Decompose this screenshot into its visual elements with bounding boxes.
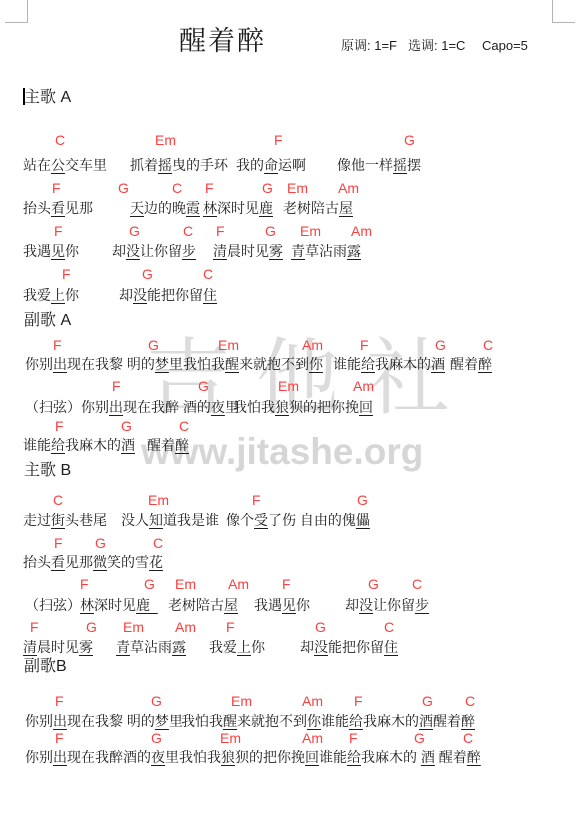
chord-c: C <box>179 419 189 433</box>
lyric-row: 你别出现在我醉酒的夜里我怕我狼狈的把你挽回谁能给我麻木的 酒 醒着醉 <box>0 749 579 766</box>
chord-f: F <box>30 620 39 634</box>
lyric-phrase: 站在公交车里 <box>23 157 107 173</box>
chord-f: F <box>112 379 121 393</box>
lyric-underlined: 醉 <box>461 713 475 729</box>
lyric-phrase: 你别出现在我黎 明的梦里 <box>25 356 183 372</box>
lyric-text: 见那 <box>65 554 93 570</box>
lyric-underlined: 步 <box>415 597 429 613</box>
lyric-text: 你 <box>65 287 79 303</box>
chord-g: G <box>142 267 153 281</box>
chord-g: G <box>368 577 379 591</box>
lyric-underlined: 清 <box>23 639 37 655</box>
lyric-underlined: 酒 <box>419 713 433 729</box>
lyric-underlined <box>150 597 158 613</box>
lyric-underlined: 见 <box>51 243 65 259</box>
lyric-underlined: 醉 <box>175 437 189 453</box>
lyric-text: 狈的把你挽 <box>235 749 305 765</box>
chord-row: FGC <box>0 536 579 551</box>
chord-row: CEmFG <box>0 493 579 508</box>
chord-em: Em <box>155 133 176 147</box>
lyric-text: 抓着 <box>130 157 158 173</box>
lyric-underlined: 露 <box>347 243 361 259</box>
lyric-underlined: 醉 <box>467 749 481 765</box>
lyric-underlined: 住 <box>203 287 217 303</box>
lyric-text: 我遇 <box>254 597 282 613</box>
lyric-underlined: 醒 <box>225 356 239 372</box>
lyric-text: 你别 <box>25 713 53 729</box>
song-title: 醒着醉 <box>179 26 266 56</box>
lyric-text: 像他一样 <box>337 157 393 173</box>
chord-f: F <box>54 224 63 238</box>
page-margin-mark-top-left <box>5 0 28 23</box>
document-page[interactable]: 吉他社 www.jitashe.org 醒着醉 原调: 1=F 选调: 1=C … <box>0 0 579 814</box>
chord-c: C <box>153 536 163 550</box>
chord-g: G <box>129 224 140 238</box>
lyric-underlined: 命 <box>264 157 278 173</box>
chord-em: Em <box>287 181 308 195</box>
lyric-text: 却 <box>300 639 314 655</box>
lyric-underlined: 看 <box>51 200 65 216</box>
lyric-text: 却 <box>119 287 133 303</box>
lyric-text: 却 <box>345 597 359 613</box>
chord-f: F <box>53 338 62 352</box>
lyric-text: 你别 <box>25 356 53 372</box>
lyric-underlined: 梦 <box>155 356 169 372</box>
chord-c: C <box>463 731 473 745</box>
lyric-text: 里 <box>169 356 183 372</box>
chord-c: C <box>412 577 422 591</box>
chord-row: FGC <box>0 267 579 282</box>
lyric-text: 谁能 <box>319 749 347 765</box>
lyric-text: 我麻木的 <box>375 356 431 372</box>
lyric-text: 让你留 <box>140 243 182 259</box>
lyric-text: 交车里 <box>65 157 107 173</box>
chord-f: F <box>205 181 214 195</box>
lyric-phrase: 醒着醉 <box>450 356 492 372</box>
chord-f: F <box>52 181 61 195</box>
chord-em: Em <box>148 493 169 507</box>
lyric-underlined: 鹿 <box>259 200 273 216</box>
lyric-text: 像个 <box>226 512 254 528</box>
chord-row: FGEmAmFGC <box>0 338 579 353</box>
lyric-phrase: 却没能把你留住 <box>300 639 398 655</box>
chord-em: Em <box>231 694 252 708</box>
chord-f: F <box>360 338 369 352</box>
original-key-label: 原调: 1=F <box>341 38 397 53</box>
lyric-text: 让你留 <box>373 597 415 613</box>
lyric-underlined: 青 <box>291 243 305 259</box>
lyric-phrase: 青草沾雨露 <box>291 243 361 259</box>
lyric-phrase: 抓着摇曳的手环 <box>130 157 228 173</box>
lyric-underlined: 花 <box>149 554 163 570</box>
lyric-text: 摆 <box>407 157 421 173</box>
lyric-phrase: 谁能给我麻木的酒 <box>333 356 445 372</box>
lyric-phrase: 却没让你留步 <box>345 597 429 613</box>
lyric-phrase: 像个受了伤 自由的傀儡 <box>226 512 370 528</box>
lyric-text: 谁能 <box>333 356 361 372</box>
lyric-row: 我遇见你却没让你留步清晨时见雾青草沾雨露 <box>0 243 579 260</box>
chord-c: C <box>483 338 493 352</box>
lyric-text: 老树陪古 <box>283 200 339 216</box>
lyric-text: 来就抱不到 <box>237 713 307 729</box>
chord-g: G <box>144 577 155 591</box>
chord-g: G <box>357 493 368 507</box>
chord-g: G <box>121 419 132 433</box>
lyric-underlined: 梦 <box>155 713 169 729</box>
lyric-text: 我怕我 <box>233 399 275 415</box>
lyric-phrase: 我爱上你 <box>23 287 79 303</box>
lyric-text: 见那 <box>65 200 93 216</box>
lyric-phrase: 我怕我醒来就抱不到你 <box>183 356 323 372</box>
chord-row: FGC <box>0 419 579 434</box>
chord-row: FGEmAmFGC <box>0 731 579 746</box>
capo-label: Capo=5 <box>482 38 528 53</box>
lyric-text: 我怕我 <box>183 356 225 372</box>
lyric-phrase: 我遇见你 <box>254 597 310 613</box>
lyric-text: 醒着 <box>147 437 175 453</box>
lyric-underlined: 酒 <box>421 749 435 765</box>
lyric-underlined: 露 <box>172 639 186 655</box>
lyric-row: 抬头看见那天边的晚霞林深时见鹿老树陪古屋 <box>0 200 579 217</box>
section-label: 副歌 A <box>24 312 71 330</box>
lyric-text: 抬头 <box>23 554 51 570</box>
lyric-underlined: 醒 <box>223 713 237 729</box>
lyric-underlined: 出 <box>109 399 123 415</box>
chord-row: CEmFG <box>0 133 579 148</box>
lyric-underlined: 上 <box>237 639 251 655</box>
chord-f: F <box>54 536 63 550</box>
lyric-underlined: 住 <box>384 639 398 655</box>
selected-key-label: 选调: 1=C <box>408 38 465 53</box>
lyric-text: 我怕我 <box>181 713 223 729</box>
lyric-phrase: 我的命运啊 <box>236 157 306 173</box>
chord-em: Em <box>123 620 144 634</box>
chord-c: C <box>384 620 394 634</box>
chord-f: F <box>252 493 261 507</box>
chord-c: C <box>53 493 63 507</box>
page-margin-mark-top-right <box>552 0 575 23</box>
lyric-text: 你别 <box>81 399 109 415</box>
lyric-text: 道我是谁 <box>163 512 219 528</box>
lyric-underlined: 霞 <box>186 200 200 216</box>
chord-g: G <box>265 224 276 238</box>
lyric-phrase: 谁能给我麻木的酒醒着醉 <box>321 713 475 729</box>
chord-em: Em <box>278 379 299 393</box>
lyric-underlined: 没 <box>314 639 328 655</box>
lyric-text: 草沾雨 <box>305 243 347 259</box>
lyric-underlined: 给 <box>361 356 375 372</box>
lyric-text: 我遇 <box>23 243 51 259</box>
lyric-phrase: （扫弦） <box>25 399 81 415</box>
lyric-phrase: 我遇见你 <box>23 243 79 259</box>
lyric-underlined: 雾 <box>79 639 93 655</box>
lyric-underlined: 回 <box>359 399 373 415</box>
lyric-text: 我麻木的 <box>65 437 121 453</box>
lyric-underlined: 摇 <box>393 157 407 173</box>
chord-c: C <box>55 133 65 147</box>
lyric-row: 你别出现在我黎 明的梦里我怕我醒来就抱不到你谁能给我麻木的酒醒着醉 <box>0 356 579 373</box>
lyric-phrase: 天边的晚霞 <box>130 200 200 216</box>
chord-em: Em <box>220 731 241 745</box>
chord-g: G <box>414 731 425 745</box>
lyric-underlined: 看 <box>51 554 65 570</box>
chord-am: Am <box>338 181 359 195</box>
chord-f: F <box>349 731 358 745</box>
lyric-phrase: 抬头看见那 <box>23 200 93 216</box>
chord-g: G <box>262 181 273 195</box>
lyric-underlined: 街 <box>51 512 65 528</box>
chord-f: F <box>282 577 291 591</box>
lyric-text: 没人 <box>121 512 149 528</box>
chord-c: C <box>465 694 475 708</box>
lyric-row: 谁能给我麻木的酒醒着醉 <box>0 437 579 454</box>
lyric-text: 站在 <box>23 157 51 173</box>
chord-row: FGEmAmFGC <box>0 620 579 635</box>
lyric-phrase: 你别出现在我醉 酒的夜里 <box>81 399 239 415</box>
lyric-text: 你 <box>65 243 79 259</box>
chord-em: Em <box>175 577 196 591</box>
chord-g: G <box>315 620 326 634</box>
chord-f: F <box>80 577 89 591</box>
lyric-text: 谁能 <box>321 713 349 729</box>
chord-am: Am <box>351 224 372 238</box>
lyric-text: 现在我黎 明的 <box>67 356 155 372</box>
lyric-text: （扫弦） <box>25 399 81 415</box>
chord-row: FGEmAmFGC <box>0 577 579 592</box>
chord-row: FGEmAm <box>0 379 579 394</box>
lyric-text: 你别 <box>25 749 53 765</box>
lyric-phrase: 老树陪古屋 <box>283 200 353 216</box>
lyric-text: 你 <box>251 639 265 655</box>
chord-c: C <box>183 224 193 238</box>
chord-g: G <box>86 620 97 634</box>
lyric-phrase: 没人知道我是谁 <box>121 512 219 528</box>
lyric-text: 狈的把你挽 <box>289 399 359 415</box>
lyric-text: 醒着 <box>450 356 478 372</box>
chord-am: Am <box>302 731 323 745</box>
lyric-text: 你 <box>296 597 310 613</box>
lyric-text: 晨时见 <box>37 639 79 655</box>
lyric-phrase: 谁能给我麻木的酒 <box>23 437 135 453</box>
lyric-phrase: 我怕我狼狈的把你挽回 <box>233 399 373 415</box>
chord-am: Am <box>302 694 323 708</box>
lyric-text: 能把你留 <box>147 287 203 303</box>
lyric-row: 我爱上你却没能把你留住 <box>0 287 579 304</box>
chord-em: Em <box>218 338 239 352</box>
lyric-text: 我的 <box>236 157 264 173</box>
lyric-text: 抬头 <box>23 200 51 216</box>
lyric-underlined: 受 <box>254 512 268 528</box>
chord-c: C <box>172 181 182 195</box>
lyric-underlined: 鹿 <box>136 597 150 613</box>
lyric-phrase: 老树陪古屋 <box>168 597 238 613</box>
lyric-underlined: 出 <box>53 713 67 729</box>
lyric-row: 清晨时见雾青草沾雨露我爱上你却没能把你留住 <box>0 639 579 656</box>
lyric-text: 能把你留 <box>328 639 384 655</box>
chord-g: G <box>151 731 162 745</box>
lyric-underlined: 见 <box>282 597 296 613</box>
lyric-text: 却 <box>112 243 126 259</box>
lyric-underlined: 林 <box>203 200 217 216</box>
lyric-phrase: 清晨时见雾 <box>213 243 283 259</box>
chord-em: Em <box>300 224 321 238</box>
lyric-phrase: 清晨时见雾 <box>23 639 93 655</box>
lyric-text: 现在我醉 酒的 <box>123 399 211 415</box>
lyric-text: 晨时见 <box>227 243 269 259</box>
lyric-underlined: 没 <box>359 597 373 613</box>
lyric-text: 我麻木的 <box>361 749 421 765</box>
lyric-underlined: 步 <box>182 243 196 259</box>
chord-g: G <box>148 338 159 352</box>
chord-g: G <box>151 694 162 708</box>
lyric-phrase: 我怕我醒来就抱不到你 <box>181 713 321 729</box>
lyric-underlined: 回 <box>305 749 319 765</box>
lyric-phrase: 你别出现在我黎 明的梦里 <box>25 713 183 729</box>
lyric-underlined: 雾 <box>269 243 283 259</box>
lyric-row: 站在公交车里抓着摇曳的手环我的命运啊像他一样摇摆 <box>0 157 579 174</box>
lyric-text: 我爱 <box>23 287 51 303</box>
lyric-underlined: 屋 <box>339 200 353 216</box>
lyric-underlined: 醉 <box>478 356 492 372</box>
lyric-text: 醒着 <box>435 749 467 765</box>
lyric-text: 来就抱不到 <box>239 356 309 372</box>
lyric-underlined: 给 <box>347 749 361 765</box>
lyric-text: （扫弦） <box>25 597 81 613</box>
lyric-underlined: 夜 <box>151 749 165 765</box>
lyric-phrase: 林深时见鹿 <box>203 200 273 216</box>
chord-g: G <box>118 181 129 195</box>
lyric-text: 了伤 自由的傀 <box>268 512 356 528</box>
lyric-underlined: 酒 <box>431 356 445 372</box>
lyric-phrase: 青草沾雨露 <box>116 639 186 655</box>
lyric-text: 现在我醉酒的 <box>67 749 151 765</box>
chord-g: G <box>404 133 415 147</box>
lyric-text: 我爱 <box>209 639 237 655</box>
lyric-underlined: 清 <box>213 243 227 259</box>
chord-f: F <box>226 620 235 634</box>
lyric-underlined: 天 <box>130 200 144 216</box>
lyric-phrase: 林深时见鹿 <box>80 597 158 613</box>
lyric-text: 曳的手环 <box>172 157 228 173</box>
lyric-text: 深时见 <box>94 597 136 613</box>
lyric-text: 谁能 <box>23 437 51 453</box>
lyric-row: （扫弦）你别出现在我醉 酒的夜里我怕我狼狈的把你挽回 <box>0 399 579 416</box>
lyric-text: 笑的雪 <box>107 554 149 570</box>
lyric-text: 草沾雨 <box>130 639 172 655</box>
lyric-row: 抬头看见那微笑的雪花 <box>0 554 579 571</box>
section-label: 主歌 A <box>24 89 71 107</box>
lyric-row: 走过街头巷尾没人知道我是谁像个受了伤 自由的傀儡 <box>0 512 579 529</box>
lyric-underlined: 狼 <box>275 399 289 415</box>
lyric-underlined: 你 <box>307 713 321 729</box>
chord-row: FGCFGEmAm <box>0 224 579 239</box>
chord-row: FGEmAmFGC <box>0 694 579 709</box>
lyric-underlined: 林 <box>80 597 94 613</box>
section-label: 副歌B <box>24 658 67 676</box>
lyric-underlined: 给 <box>51 437 65 453</box>
lyric-underlined: 给 <box>349 713 363 729</box>
lyric-underlined: 青 <box>116 639 130 655</box>
lyric-phrase: 醒着醉 <box>147 437 189 453</box>
lyric-phrase: 谁能给我麻木的 酒 醒着醉 <box>319 749 481 765</box>
lyric-text: 我麻木的 <box>363 713 419 729</box>
lyric-text: 走过 <box>23 512 51 528</box>
chord-f: F <box>55 419 64 433</box>
section-label: 主歌 B <box>24 462 71 480</box>
lyric-underlined: 没 <box>126 243 140 259</box>
lyric-underlined: 出 <box>53 749 67 765</box>
lyric-underlined: 你 <box>309 356 323 372</box>
lyric-underlined: 微 <box>93 554 107 570</box>
lyric-phrase: 我爱上你 <box>209 639 265 655</box>
chord-f: F <box>354 694 363 708</box>
lyric-phrase: 却没能把你留住 <box>119 287 217 303</box>
chord-f: F <box>274 133 283 147</box>
lyric-text: 老树陪古 <box>168 597 224 613</box>
lyric-text: 深时见 <box>217 200 259 216</box>
chord-g: G <box>422 694 433 708</box>
lyric-text: 里我怕我 <box>165 749 221 765</box>
lyric-underlined: 没 <box>133 287 147 303</box>
lyric-underlined: 知 <box>149 512 163 528</box>
lyric-underlined: 上 <box>51 287 65 303</box>
chord-g: G <box>435 338 446 352</box>
chord-am: Am <box>353 379 374 393</box>
lyric-underlined: 狼 <box>221 749 235 765</box>
chord-g: G <box>95 536 106 550</box>
chord-g: G <box>198 379 209 393</box>
lyric-underlined: 屋 <box>224 597 238 613</box>
lyric-text: 现在我黎 明的 <box>67 713 155 729</box>
lyric-phrase: 却没让你留步 <box>112 243 196 259</box>
lyric-text: 边的晚 <box>144 200 186 216</box>
lyric-phrase: 走过街头巷尾 <box>23 512 107 528</box>
lyric-underlined: 公 <box>51 157 65 173</box>
lyric-underlined: 酒 <box>121 437 135 453</box>
lyric-underlined: 儡 <box>356 512 370 528</box>
lyric-text: 醒着 <box>433 713 461 729</box>
chord-c: C <box>203 267 213 281</box>
chord-f: F <box>62 267 71 281</box>
chord-f: F <box>55 731 64 745</box>
lyric-phrase: 像他一样摇摆 <box>337 157 421 173</box>
text-cursor <box>23 88 25 105</box>
chord-am: Am <box>175 620 196 634</box>
lyric-underlined: 摇 <box>158 157 172 173</box>
chord-am: Am <box>302 338 323 352</box>
chord-f: F <box>55 694 64 708</box>
chord-f: F <box>216 224 225 238</box>
lyric-underlined: 出 <box>53 356 67 372</box>
lyric-text: 头巷尾 <box>65 512 107 528</box>
lyric-text: 运啊 <box>278 157 306 173</box>
lyric-row: 你别出现在我黎 明的梦里我怕我醒来就抱不到你谁能给我麻木的酒醒着醉 <box>0 713 579 730</box>
chord-row: FGCFGEmAm <box>0 181 579 196</box>
lyric-underlined: 夜 <box>211 399 225 415</box>
lyric-row: （扫弦）林深时见鹿 老树陪古屋我遇见你却没让你留步 <box>0 597 579 614</box>
lyric-phrase: （扫弦） <box>25 597 81 613</box>
lyric-phrase: 你别出现在我醉酒的夜里我怕我狼狈的把你挽回 <box>25 749 319 765</box>
chord-am: Am <box>228 577 249 591</box>
lyric-phrase: 抬头看见那微笑的雪花 <box>23 554 163 570</box>
